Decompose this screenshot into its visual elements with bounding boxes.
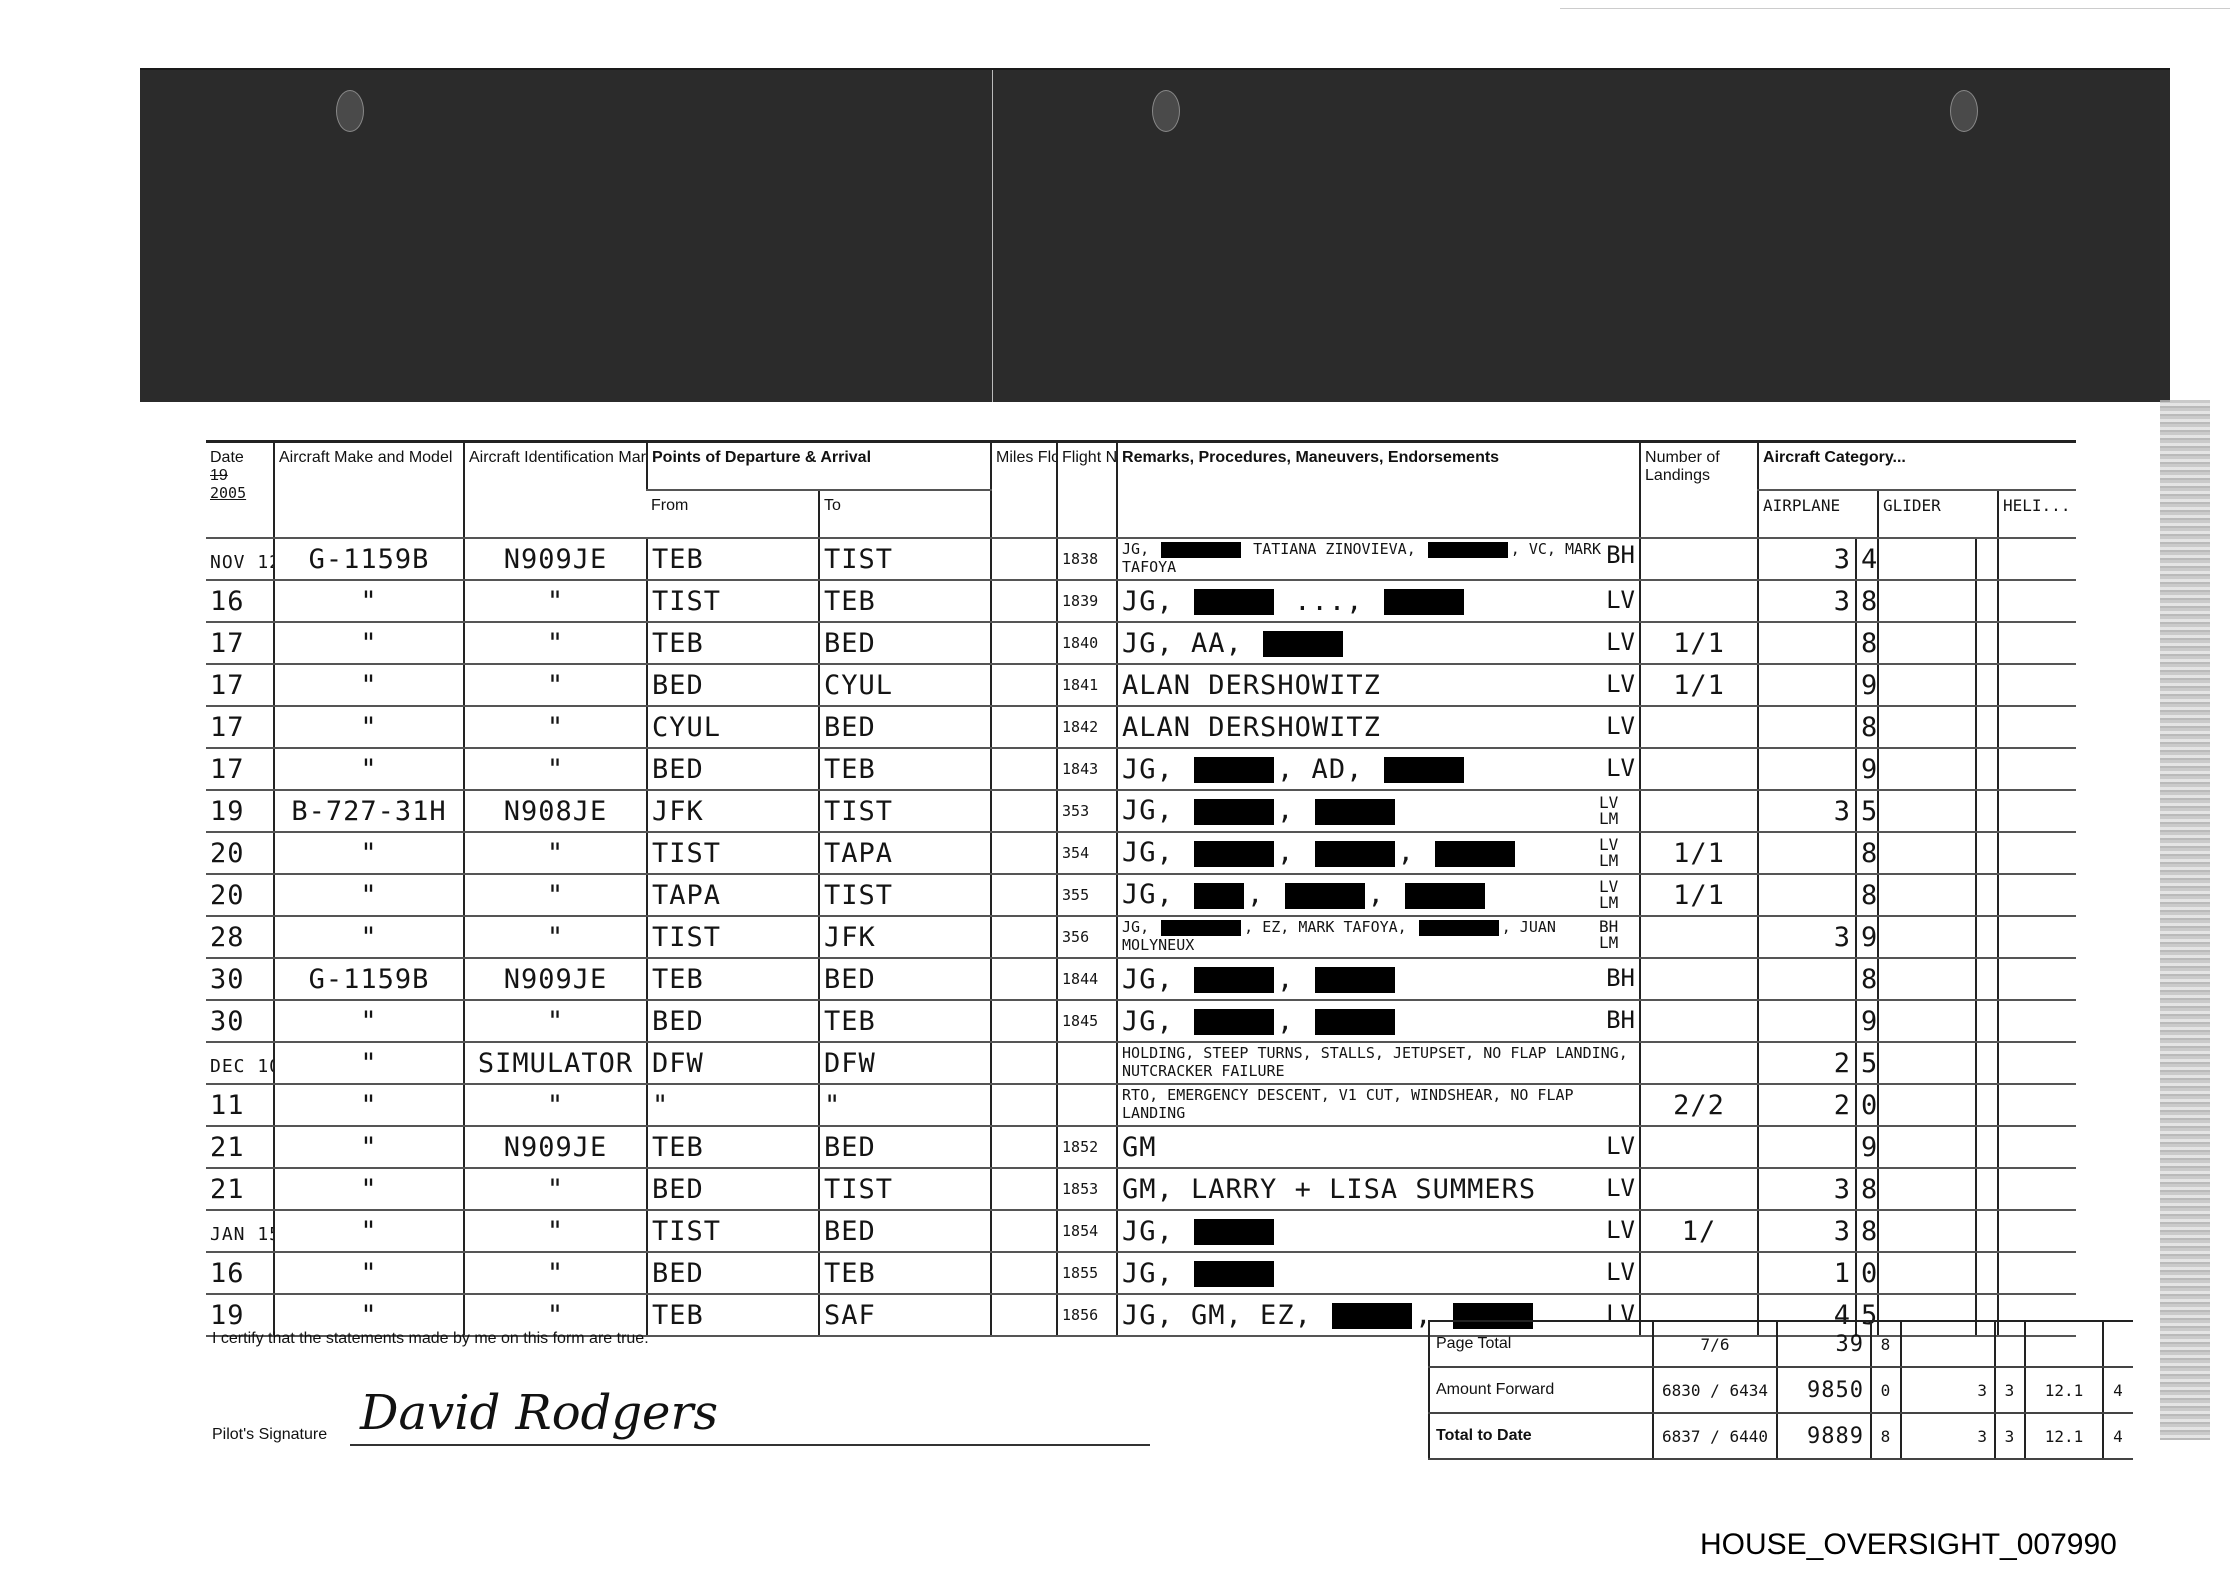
- glider-tenths-cell: [1976, 916, 1998, 958]
- miles-cell: [991, 706, 1057, 748]
- log-row: DEC 10"SIMULATORDFWDFWHOLDING, STEEP TUR…: [206, 1042, 2076, 1084]
- glider-tenths-cell: [1976, 790, 1998, 832]
- date-value: 28: [210, 922, 245, 953]
- landings-cell: [1640, 580, 1758, 622]
- date-cell: 17: [206, 664, 274, 706]
- to-cell: DFW: [819, 1042, 991, 1084]
- remarks-text: JG, TATIANA ZINOVIEVA, , VC, MARK TAFOYA: [1122, 540, 1601, 576]
- make-model-cell: ": [274, 622, 464, 664]
- log-row: 19B-727-31HN908JEJFKTIST353LV LMJG, , 35: [206, 790, 2076, 832]
- to-cell: TEB: [819, 748, 991, 790]
- glider-hours-cell: [1878, 1126, 1976, 1168]
- ident-mark-cell: ": [464, 832, 647, 874]
- col-helicopter: HELI...: [1998, 490, 2076, 538]
- ident-mark-cell: N909JE: [464, 1126, 647, 1168]
- date-value: 21: [210, 1174, 245, 1205]
- remarks-cell: LVJG,: [1117, 1252, 1640, 1294]
- helicopter-cell: [1998, 832, 2076, 874]
- from-cell: ": [647, 1084, 819, 1126]
- crew-code: LV: [1606, 754, 1635, 782]
- airplane-hours-cell: 3: [1758, 1210, 1856, 1252]
- glider-hours-cell: [1878, 1042, 1976, 1084]
- miles-cell: [991, 1000, 1057, 1042]
- airplane-tenths-cell: 8: [1856, 706, 1878, 748]
- ident-mark-cell: SIMULATOR: [464, 1042, 647, 1084]
- date-value: 17: [210, 628, 245, 659]
- miles-cell: [991, 790, 1057, 832]
- totals-row: Page Total7/6398: [1429, 1321, 2133, 1367]
- totals-landings: 7/6: [1653, 1321, 1777, 1367]
- make-model-cell: ": [274, 1084, 464, 1126]
- remarks-text: ALAN DERSHOWITZ: [1122, 712, 1381, 743]
- ident-mark-cell: ": [464, 622, 647, 664]
- flight-no-cell: 1845: [1057, 1000, 1117, 1042]
- helicopter-cell: [1998, 1084, 2076, 1126]
- totals-glider-hours: [1901, 1321, 1995, 1367]
- miles-cell: [991, 580, 1057, 622]
- miles-cell: [991, 1210, 1057, 1252]
- crew-code: LV: [1606, 1258, 1635, 1286]
- remarks-cell: BHJG, ,: [1117, 1000, 1640, 1042]
- airplane-tenths-cell: 5: [1856, 1042, 1878, 1084]
- date-value: 19: [210, 1300, 245, 1331]
- from-cell: TEB: [647, 958, 819, 1000]
- flight-no-cell: [1057, 1042, 1117, 1084]
- date-cell: 19: [206, 790, 274, 832]
- make-model-cell: ": [274, 832, 464, 874]
- airplane-hours-cell: [1758, 874, 1856, 916]
- helicopter-cell: [1998, 958, 2076, 1000]
- helicopter-cell: [1998, 538, 2076, 580]
- remarks-cell: HOLDING, STEEP TURNS, STALLS, JETUPSET, …: [1117, 1042, 1640, 1084]
- from-cell: DFW: [647, 1042, 819, 1084]
- landings-cell: [1640, 790, 1758, 832]
- helicopter-cell: [1998, 748, 2076, 790]
- redaction-box: [1285, 883, 1365, 909]
- struck-year: 19: [210, 467, 228, 484]
- crew-code: BH LM: [1599, 919, 1635, 951]
- remarks-text: ALAN DERSHOWITZ: [1122, 670, 1381, 701]
- to-cell: CYUL: [819, 664, 991, 706]
- airplane-hours-cell: [1758, 622, 1856, 664]
- airplane-tenths-cell: 9: [1856, 1126, 1878, 1168]
- redaction-box: [1332, 1303, 1412, 1329]
- remarks-text: RTO, EMERGENCY DESCENT, V1 CUT, WINDSHEA…: [1122, 1086, 1574, 1122]
- col-glider: GLIDER: [1878, 490, 1998, 538]
- remarks-cell: LVJG, , AD,: [1117, 748, 1640, 790]
- totals-row: Total to Date6837 / 6440988983312.14: [1429, 1413, 2133, 1459]
- scan-page-edge: [2160, 400, 2210, 1440]
- airplane-tenths-cell: 8: [1856, 580, 1878, 622]
- log-row: 30""BEDTEB1845BHJG, , 9: [206, 1000, 2076, 1042]
- from-cell: TAPA: [647, 874, 819, 916]
- redaction-box: [1435, 841, 1515, 867]
- col-landings: Number of Landings: [1640, 442, 1758, 539]
- page-fold-line: [992, 70, 993, 402]
- totals-landings: 6837 / 6440: [1653, 1413, 1777, 1459]
- landings-cell: [1640, 1252, 1758, 1294]
- log-row: 17""BEDTEB1843LVJG, , AD, 9: [206, 748, 2076, 790]
- bates-stamp: HOUSE_OVERSIGHT_007990: [1700, 1528, 2117, 1562]
- flight-log-table: Date 19 2005 Aircraft Make and Model Air…: [206, 440, 2076, 1337]
- glider-tenths-cell: [1976, 538, 1998, 580]
- redaction-box: [1405, 883, 1485, 909]
- airplane-hours-cell: 3: [1758, 1168, 1856, 1210]
- col-to: To: [819, 490, 991, 538]
- redaction-box: [1194, 1009, 1274, 1035]
- flight-no-cell: 1840: [1057, 622, 1117, 664]
- to-cell: TEB: [819, 1252, 991, 1294]
- redaction-box: [1419, 920, 1499, 936]
- flight-no-cell: 1838: [1057, 538, 1117, 580]
- redaction-box: [1194, 841, 1274, 867]
- airplane-hours-cell: [1758, 664, 1856, 706]
- from-cell: TEB: [647, 1126, 819, 1168]
- to-cell: TEB: [819, 580, 991, 622]
- redaction-box: [1315, 1009, 1395, 1035]
- remarks-cell: LVGM: [1117, 1126, 1640, 1168]
- flight-no-cell: 354: [1057, 832, 1117, 874]
- helicopter-cell: [1998, 790, 2076, 832]
- remarks-text: JG, AA,: [1122, 628, 1346, 659]
- to-cell: BED: [819, 1126, 991, 1168]
- ident-mark-cell: ": [464, 1000, 647, 1042]
- remarks-cell: BHJG, ,: [1117, 958, 1640, 1000]
- glider-tenths-cell: [1976, 1000, 1998, 1042]
- totals-table: Page Total7/6398Amount Forward6830 / 643…: [1428, 1320, 2133, 1460]
- glider-hours-cell: [1878, 1210, 1976, 1252]
- glider-hours-cell: [1878, 874, 1976, 916]
- landings-cell: 1/1: [1640, 832, 1758, 874]
- miles-cell: [991, 538, 1057, 580]
- date-value: 19: [210, 796, 245, 827]
- airplane-hours-cell: [1758, 832, 1856, 874]
- make-model-cell: ": [274, 1126, 464, 1168]
- date-cell: 21: [206, 1126, 274, 1168]
- miles-cell: [991, 622, 1057, 664]
- to-cell: BED: [819, 1210, 991, 1252]
- glider-tenths-cell: [1976, 1252, 1998, 1294]
- date-value: DEC 10: [210, 1056, 274, 1077]
- miles-cell: [991, 748, 1057, 790]
- flight-no-cell: 1854: [1057, 1210, 1117, 1252]
- signature-label: Pilot's Signature: [212, 1426, 327, 1444]
- glider-tenths-cell: [1976, 1042, 1998, 1084]
- glider-tenths-cell: [1976, 1168, 1998, 1210]
- log-year: 2005: [210, 484, 246, 502]
- redacted-header-band: [140, 68, 2170, 402]
- date-cell: 28: [206, 916, 274, 958]
- date-cell: 30: [206, 1000, 274, 1042]
- landings-cell: 1/: [1640, 1210, 1758, 1252]
- to-cell: SAF: [819, 1294, 991, 1336]
- glider-hours-cell: [1878, 832, 1976, 874]
- flight-no-cell: 1852: [1057, 1126, 1117, 1168]
- to-cell: TIST: [819, 790, 991, 832]
- airplane-tenths-cell: 9: [1856, 1000, 1878, 1042]
- log-row: 30G-1159BN909JETEBBED1844BHJG, , 8: [206, 958, 2076, 1000]
- flight-no-cell: 353: [1057, 790, 1117, 832]
- remarks-cell: BHJG, TATIANA ZINOVIEVA, , VC, MARK TAFO…: [1117, 538, 1640, 580]
- redaction-box: [1194, 883, 1244, 909]
- helicopter-cell: [1998, 1252, 2076, 1294]
- airplane-tenths-cell: 8: [1856, 874, 1878, 916]
- col-miles: Miles Flown: [991, 442, 1057, 539]
- glider-hours-cell: [1878, 622, 1976, 664]
- flight-no-cell: 1844: [1057, 958, 1117, 1000]
- log-row: 28""TISTJFK356BH LMJG, , EZ, MARK TAFOYA…: [206, 916, 2076, 958]
- glider-tenths-cell: [1976, 580, 1998, 622]
- miles-cell: [991, 1252, 1057, 1294]
- date-cell: 20: [206, 874, 274, 916]
- glider-hours-cell: [1878, 916, 1976, 958]
- pilot-signature: David Rodgers: [360, 1385, 718, 1441]
- ident-mark-cell: ": [464, 916, 647, 958]
- airplane-tenths-cell: 8: [1856, 958, 1878, 1000]
- log-row: 20""TAPATIST355LV LMJG, , , 1/18: [206, 874, 2076, 916]
- date-cell: 30: [206, 958, 274, 1000]
- punch-hole-icon: [1152, 90, 1180, 132]
- date-header: Date: [210, 449, 244, 466]
- redaction-box: [1161, 542, 1241, 558]
- helicopter-cell: [1998, 1168, 2076, 1210]
- flight-no-cell: 1856: [1057, 1294, 1117, 1336]
- totals-landings: 6830 / 6434: [1653, 1367, 1777, 1413]
- make-model-cell: ": [274, 664, 464, 706]
- remarks-cell: LVJG, AA,: [1117, 622, 1640, 664]
- to-cell: TEB: [819, 1000, 991, 1042]
- log-row: 11""""RTO, EMERGENCY DESCENT, V1 CUT, WI…: [206, 1084, 2076, 1126]
- flight-no-cell: 356: [1057, 916, 1117, 958]
- log-row: 2006JAN 15""TISTBED1854LVJG, 1/38: [206, 1210, 2076, 1252]
- crew-code: LV: [1606, 586, 1635, 614]
- punch-hole-icon: [336, 90, 364, 132]
- crew-code: LV: [1606, 1174, 1635, 1202]
- col-flight-no: Flight No.: [1057, 442, 1117, 539]
- make-model-cell: ": [274, 1210, 464, 1252]
- airplane-hours-cell: 3: [1758, 580, 1856, 622]
- col-ident-mark: Aircraft Identification Mark: [464, 442, 647, 539]
- glider-hours-cell: [1878, 958, 1976, 1000]
- miles-cell: [991, 874, 1057, 916]
- redaction-box: [1315, 841, 1395, 867]
- airplane-tenths-cell: 0: [1856, 1084, 1878, 1126]
- helicopter-cell: [1998, 664, 2076, 706]
- helicopter-cell: [1998, 916, 2076, 958]
- airplane-hours-cell: 2: [1758, 1084, 1856, 1126]
- redaction-box: [1315, 967, 1395, 993]
- glider-tenths-cell: [1976, 748, 1998, 790]
- landings-cell: 1/1: [1640, 664, 1758, 706]
- col-points: Points of Departure & Arrival: [647, 442, 991, 491]
- remarks-cell: BH LMJG, , EZ, MARK TAFOYA, , JUAN MOLYN…: [1117, 916, 1640, 958]
- from-cell: TIST: [647, 580, 819, 622]
- glider-hours-cell: [1878, 1168, 1976, 1210]
- totals-glider-tenths: 3: [1995, 1413, 2025, 1459]
- crew-code: BH: [1606, 1006, 1635, 1034]
- helicopter-cell: [1998, 580, 2076, 622]
- helicopter-cell: [1998, 622, 2076, 664]
- totals-airplane-hours: 9850: [1777, 1367, 1871, 1413]
- date-value: 17: [210, 754, 245, 785]
- to-cell: BED: [819, 958, 991, 1000]
- redaction-box: [1194, 799, 1274, 825]
- miles-cell: [991, 832, 1057, 874]
- flight-no-cell: 1841: [1057, 664, 1117, 706]
- ident-mark-cell: N909JE: [464, 958, 647, 1000]
- remarks-cell: LVALAN DERSHOWITZ: [1117, 706, 1640, 748]
- from-cell: JFK: [647, 790, 819, 832]
- ident-mark-cell: ": [464, 748, 647, 790]
- to-cell: TIST: [819, 874, 991, 916]
- date-value: 21: [210, 1132, 245, 1163]
- totals-glider-tenths: 3: [1995, 1367, 2025, 1413]
- from-cell: BED: [647, 1252, 819, 1294]
- make-model-cell: ": [274, 1168, 464, 1210]
- make-model-cell: ": [274, 580, 464, 622]
- date-cell: 11: [206, 1084, 274, 1126]
- crew-code: BH: [1606, 964, 1635, 992]
- from-cell: TIST: [647, 1210, 819, 1252]
- totals-label: Page Total: [1429, 1321, 1653, 1367]
- airplane-tenths-cell: 8: [1856, 622, 1878, 664]
- totals-row: Amount Forward6830 / 6434985003312.14: [1429, 1367, 2133, 1413]
- glider-hours-cell: [1878, 1000, 1976, 1042]
- airplane-hours-cell: 1: [1758, 1252, 1856, 1294]
- redaction-box: [1194, 967, 1274, 993]
- make-model-cell: ": [274, 1042, 464, 1084]
- remarks-cell: LV LMJG, ,: [1117, 790, 1640, 832]
- glider-tenths-cell: [1976, 832, 1998, 874]
- date-cell: DEC 10: [206, 1042, 274, 1084]
- flight-no-cell: 1855: [1057, 1252, 1117, 1294]
- from-cell: TIST: [647, 832, 819, 874]
- glider-tenths-cell: [1976, 874, 1998, 916]
- remarks-text: JG, ,: [1122, 795, 1398, 826]
- make-model-cell: ": [274, 1252, 464, 1294]
- date-cell: NOV 12: [206, 538, 274, 580]
- from-cell: BED: [647, 748, 819, 790]
- redaction-box: [1315, 799, 1395, 825]
- totals-heli-tenths: [2103, 1321, 2133, 1367]
- redaction-box: [1428, 542, 1508, 558]
- miles-cell: [991, 1168, 1057, 1210]
- glider-hours-cell: [1878, 748, 1976, 790]
- airplane-hours-cell: [1758, 748, 1856, 790]
- flight-no-cell: 1843: [1057, 748, 1117, 790]
- to-cell: TAPA: [819, 832, 991, 874]
- from-cell: TEB: [647, 1294, 819, 1336]
- landings-cell: [1640, 1000, 1758, 1042]
- redaction-box: [1384, 589, 1464, 615]
- remarks-cell: RTO, EMERGENCY DESCENT, V1 CUT, WINDSHEA…: [1117, 1084, 1640, 1126]
- miles-cell: [991, 916, 1057, 958]
- make-model-cell: G-1159B: [274, 538, 464, 580]
- helicopter-cell: [1998, 1126, 2076, 1168]
- crew-code: LV: [1606, 1132, 1635, 1160]
- landings-cell: [1640, 1168, 1758, 1210]
- totals-heli-tenths: 4: [2103, 1413, 2133, 1459]
- date-value: 20: [210, 880, 245, 911]
- totals-heli-hours: 12.1: [2025, 1413, 2103, 1459]
- flight-no-cell: 1853: [1057, 1168, 1117, 1210]
- glider-hours-cell: [1878, 1252, 1976, 1294]
- miles-cell: [991, 1042, 1057, 1084]
- ident-mark-cell: ": [464, 1084, 647, 1126]
- landings-cell: 2/2: [1640, 1084, 1758, 1126]
- airplane-tenths-cell: 0: [1856, 1252, 1878, 1294]
- date-cell: 17: [206, 748, 274, 790]
- remarks-text: JG, ...,: [1122, 586, 1467, 617]
- ident-mark-cell: ": [464, 1168, 647, 1210]
- helicopter-cell: [1998, 874, 2076, 916]
- col-make-model: Aircraft Make and Model: [274, 442, 464, 539]
- flight-no-cell: 1842: [1057, 706, 1117, 748]
- crew-code: LV: [1606, 1216, 1635, 1244]
- log-row: 20""TISTTAPA354LV LMJG, , , 1/18: [206, 832, 2076, 874]
- flight-no-cell: 1839: [1057, 580, 1117, 622]
- remarks-text: GM, LARRY + LISA SUMMERS: [1122, 1174, 1536, 1205]
- airplane-tenths-cell: 5: [1856, 790, 1878, 832]
- helicopter-cell: [1998, 1210, 2076, 1252]
- flight-no-cell: 355: [1057, 874, 1117, 916]
- totals-label: Amount Forward: [1429, 1367, 1653, 1413]
- glider-tenths-cell: [1976, 1210, 1998, 1252]
- date-cell: 16: [206, 1252, 274, 1294]
- header-row: Date 19 2005 Aircraft Make and Model Air…: [206, 442, 2076, 491]
- date-cell: 17: [206, 622, 274, 664]
- miles-cell: [991, 958, 1057, 1000]
- date-value: 30: [210, 964, 245, 995]
- log-row: 17""CYULBED1842LVALAN DERSHOWITZ8: [206, 706, 2076, 748]
- remarks-text: JG, ,: [1122, 1006, 1398, 1037]
- crew-code: LV LM: [1599, 795, 1635, 827]
- totals-heli-hours: [2025, 1321, 2103, 1367]
- log-row: 21"N909JETEBBED1852LVGM9: [206, 1126, 2076, 1168]
- totals-airplane-tenths: 0: [1871, 1367, 1901, 1413]
- make-model-cell: G-1159B: [274, 958, 464, 1000]
- flight-no-cell: [1057, 1084, 1117, 1126]
- to-cell: TIST: [819, 1168, 991, 1210]
- glider-hours-cell: [1878, 538, 1976, 580]
- col-airplane: AIRPLANE: [1758, 490, 1878, 538]
- totals-heli-hours: 12.1: [2025, 1367, 2103, 1413]
- date-value: 20: [210, 838, 245, 869]
- make-model-cell: ": [274, 874, 464, 916]
- remarks-text: JG, , EZ, MARK TAFOYA, , JUAN MOLYNEUX: [1122, 918, 1556, 954]
- airplane-tenths-cell: 9: [1856, 748, 1878, 790]
- remarks-text: GM: [1122, 1132, 1157, 1163]
- signature-line: [350, 1444, 1150, 1446]
- date-cell: 21: [206, 1168, 274, 1210]
- landings-cell: [1640, 1042, 1758, 1084]
- totals-airplane-tenths: 8: [1871, 1413, 1901, 1459]
- airplane-hours-cell: [1758, 1000, 1856, 1042]
- ident-mark-cell: ": [464, 1252, 647, 1294]
- to-cell: JFK: [819, 916, 991, 958]
- airplane-hours-cell: 3: [1758, 916, 1856, 958]
- crew-code: LV LM: [1599, 879, 1635, 911]
- ident-mark-cell: ": [464, 580, 647, 622]
- remarks-text: JG,: [1122, 1216, 1277, 1247]
- remarks-text: HOLDING, STEEP TURNS, STALLS, JETUPSET, …: [1122, 1044, 1628, 1080]
- landings-cell: [1640, 958, 1758, 1000]
- miles-cell: [991, 1294, 1057, 1336]
- landings-cell: [1640, 1126, 1758, 1168]
- remarks-text: JG, , AD,: [1122, 754, 1467, 785]
- ident-mark-cell: ": [464, 1210, 647, 1252]
- remarks-cell: LV LMJG, , ,: [1117, 874, 1640, 916]
